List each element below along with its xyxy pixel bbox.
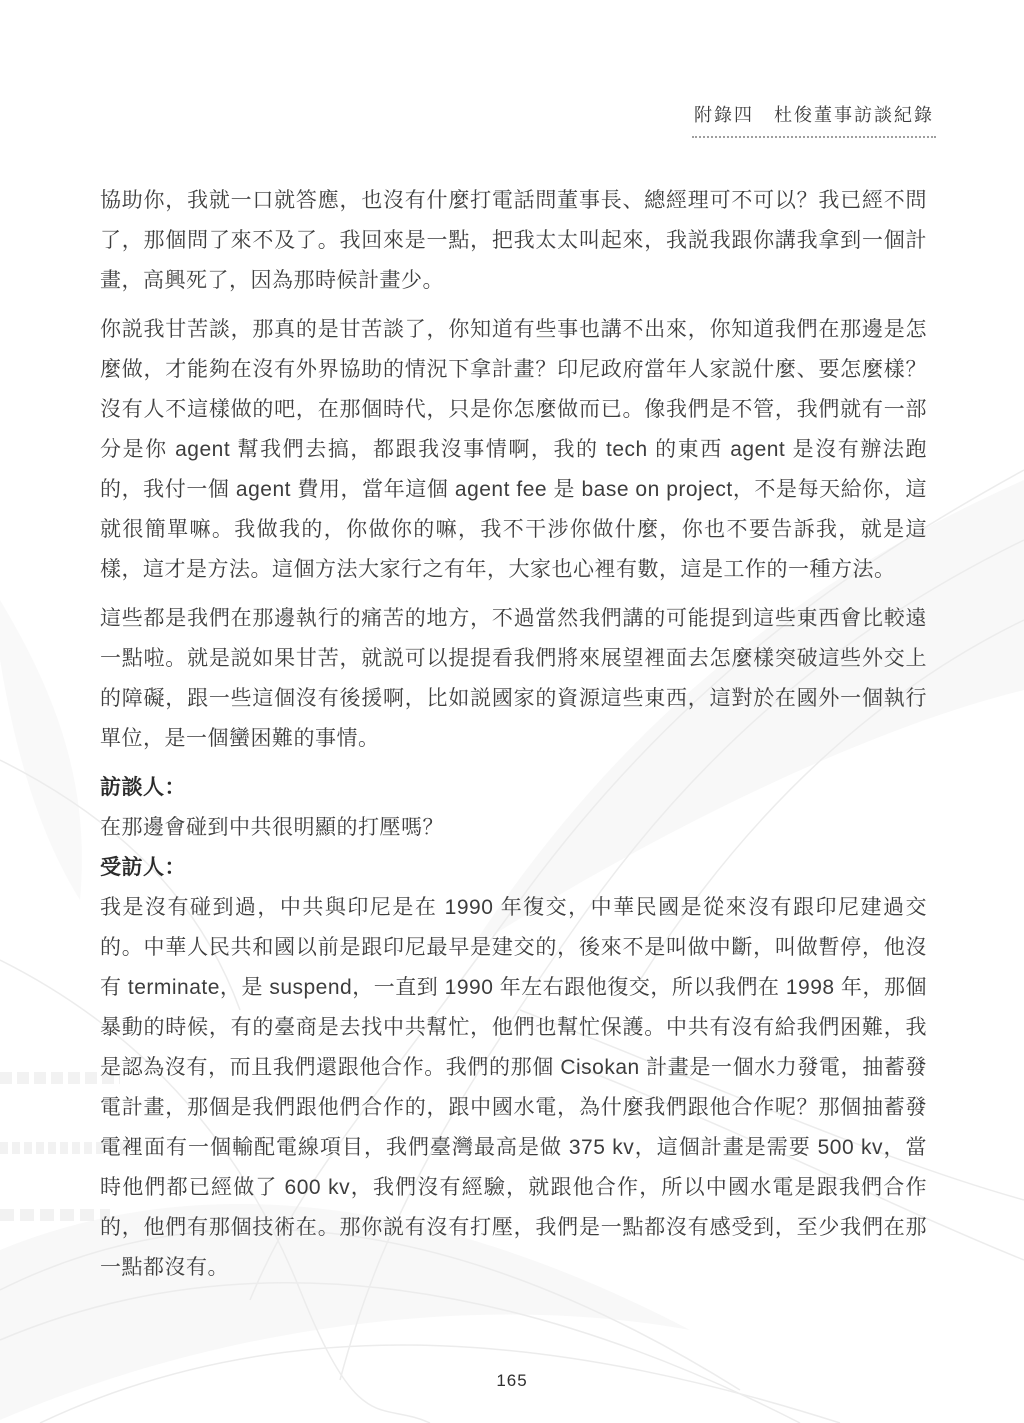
transcript-paragraph: 這些都是我們在那邊執行的痛苦的地方，不過當然我們講的可能提到這些東西會比較遠一點… (100, 599, 927, 759)
transcript-paragraph: 協助你，我就一口就答應，也沒有什麼打電話問董事長、總經理可不可以？我已經不問了，… (100, 181, 927, 301)
interviewer-label: 訪談人： (100, 768, 927, 808)
interviewer-question: 在那邊會碰到中共很明顯的打壓嗎？ (100, 808, 927, 848)
page-footer: 165 (0, 1371, 1024, 1391)
transcript-body: 協助你，我就一口就答應，也沒有什麼打電話問董事長、總經理可不可以？我已經不問了，… (100, 181, 927, 1297)
interviewee-label: 受訪人： (100, 848, 927, 888)
page-number: 165 (496, 1371, 527, 1390)
interviewee-answer: 我是沒有碰到過，中共與印尼是在 1990 年復交，中華民國是從來沒有跟印尼建過交… (100, 888, 927, 1288)
running-head-title: 附錄四 杜俊董事訪談紀錄 (692, 101, 936, 138)
transcript-paragraph: 你説我甘苦談，那真的是甘苦談了，你知道有些事也講不出來，你知道我們在那邊是怎麼做… (100, 310, 927, 590)
page-header: 附錄四 杜俊董事訪談紀錄 (692, 101, 936, 138)
document-page: 附錄四 杜俊董事訪談紀錄 協助你，我就一口就答應，也沒有什麼打電話問董事長、總經… (0, 0, 1024, 1423)
